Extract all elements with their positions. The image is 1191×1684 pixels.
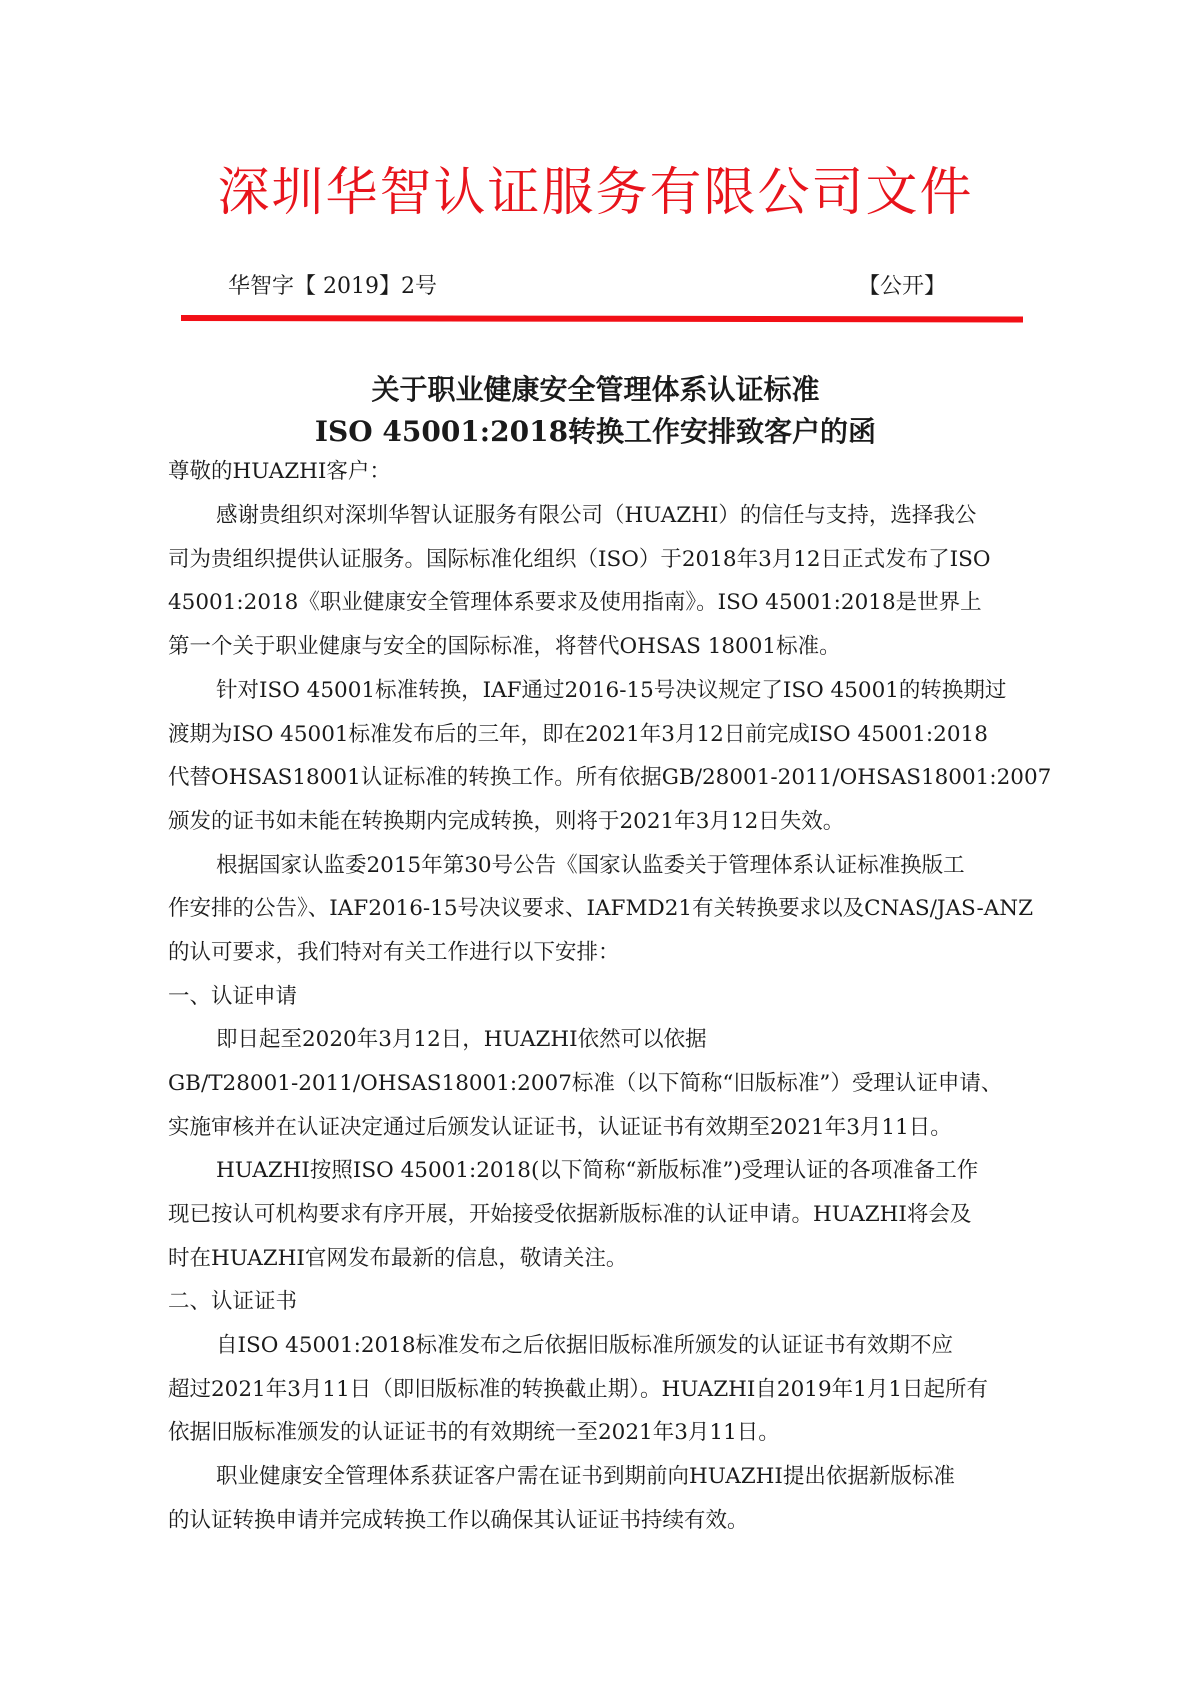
paragraph-line: GB/T28001-2011/OHSAS18001:2007标准（以下简称“旧版… xyxy=(168,1069,1002,1099)
paragraph-line: 45001:2018《职业健康安全管理体系要求及使用指南》。ISO 45001:… xyxy=(168,588,982,618)
paragraph-line: 时在HUAZHI官网发布最新的信息，敬请关注。 xyxy=(168,1244,627,1274)
document-number: 华智字【 2019】2号 xyxy=(228,272,437,302)
letter-title-line-1: 关于职业健康安全管理体系认证标准 xyxy=(0,372,1191,408)
paragraph-line: 颁发的证书如未能在转换期内完成转换，则将于2021年3月12日失效。 xyxy=(168,807,844,837)
paragraph-line: 超过2021年3月11日（即旧版标准的转换截止期）。HUAZHI自2019年1月… xyxy=(168,1375,988,1405)
paragraph-line: HUAZHI按照ISO 45001:2018(以下简称“新版标准”)受理认证的各… xyxy=(216,1156,978,1186)
paragraph-line: 渡期为ISO 45001标准发布后的三年，即在2021年3月12日前完成ISO … xyxy=(168,720,988,750)
section-heading-application: 一、认证申请 xyxy=(168,982,297,1012)
document-page: 深圳华智认证服务有限公司文件 华智字【 2019】2号 【公开】 关于职业健康安… xyxy=(0,0,1191,1684)
paragraph-line: 职业健康安全管理体系获证客户需在证书到期前向HUAZHI提出依据新版标准 xyxy=(216,1462,955,1492)
paragraph-line: 根据国家认监委2015年第30号公告《国家认监委关于管理体系认证标准换版工 xyxy=(216,851,965,881)
paragraph-line: 的认证转换申请并完成转换工作以确保其认证证书持续有效。 xyxy=(168,1506,749,1536)
letter-title-line-2: ISO 45001:2018转换工作安排致客户的函 xyxy=(0,414,1191,450)
paragraph-line: 针对ISO 45001标准转换，IAF通过2016-15号决议规定了ISO 45… xyxy=(216,676,1006,706)
paragraph-line: 感谢贵组织对深圳华智认证服务有限公司（HUAZHI）的信任与支持，选择我公 xyxy=(216,501,976,531)
paragraph-line: 作安排的公告》、IAF2016-15号决议要求、IAFMD21有关转换要求以及C… xyxy=(168,894,1033,924)
paragraph-line: 依据旧版标准颁发的认证证书的有效期统一至2021年3月11日。 xyxy=(168,1418,780,1448)
classification-label: 【公开】 xyxy=(858,272,946,302)
paragraph-line: 的认可要求，我们特对有关工作进行以下安排： xyxy=(168,938,620,968)
paragraph-line: 实施审核并在认证决定通过后颁发认证证书，认证证书有效期至2021年3月11日。 xyxy=(168,1113,952,1143)
paragraph-line: 第一个关于职业健康与安全的国际标准，将替代OHSAS 18001标准。 xyxy=(168,632,841,662)
paragraph-line: 现已按认可机构要求有序开展，开始接受依据新版标准的认证申请。HUAZHI将会及 xyxy=(168,1200,971,1230)
masthead-title: 深圳华智认证服务有限公司文件 xyxy=(0,158,1191,228)
paragraph-line: 自ISO 45001:2018标准发布之后依据旧版标准所颁发的认证证书有效期不应 xyxy=(216,1331,953,1361)
paragraph-line: 即日起至2020年3月12日，HUAZHI依然可以依据 xyxy=(216,1025,707,1055)
salutation: 尊敬的HUAZHI客户： xyxy=(168,457,391,487)
section-heading-certificate: 二、认证证书 xyxy=(168,1287,297,1317)
paragraph-line: 代替OHSAS18001认证标准的转换工作。所有依据GB/28001-2011/… xyxy=(168,763,1051,793)
paragraph-line: 司为贵组织提供认证服务。国际标准化组织（ISO）于2018年3月12日正式发布了… xyxy=(168,545,990,575)
red-divider xyxy=(181,315,1023,322)
